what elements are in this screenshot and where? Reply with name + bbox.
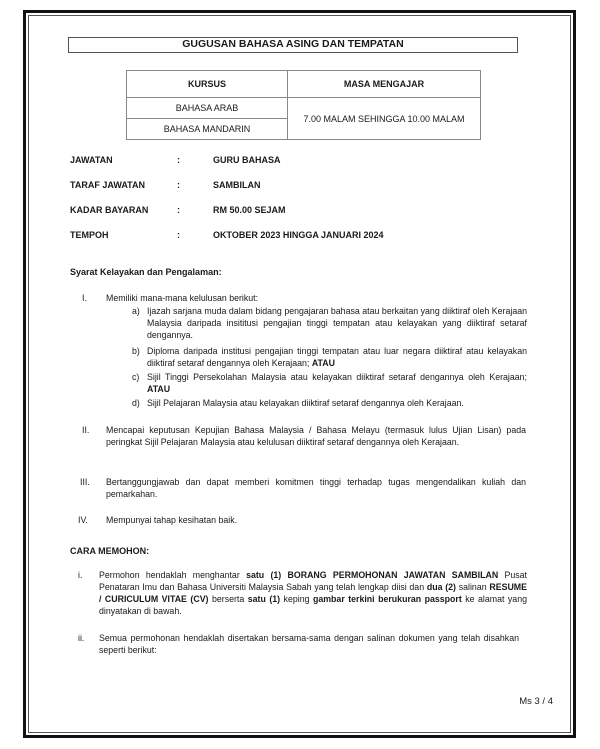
subitem-bold: ATAU (312, 358, 335, 368)
info-sep: : (177, 180, 180, 190)
sublist-letter: a) (132, 305, 140, 317)
info-key: JAWATAN (70, 155, 113, 165)
page-number: Ms 3 / 4 (519, 696, 553, 707)
list-number: II. (82, 424, 89, 436)
info-sep: : (177, 155, 180, 165)
bold-text: gambar terkini berukuran passport (313, 594, 462, 604)
syarat-subitem-d: Sijil Pelajaran Malaysia atau kelayakan … (147, 397, 537, 409)
header-masa-mengajar: MASA MENGAJAR (288, 71, 481, 98)
course-cell: BAHASA ARAB (127, 98, 288, 119)
section-title: GUGUSAN BAHASA ASING DAN TEMPATAN (68, 37, 518, 53)
sublist-letter: b) (132, 345, 140, 357)
list-number: i. (78, 569, 82, 581)
text-run: Permohon hendaklah menghantar (99, 570, 246, 580)
info-value: GURU BAHASA (213, 155, 281, 165)
syarat-heading: Syarat Kelayakan dan Pengalaman: (70, 267, 222, 277)
course-cell: BAHASA MANDARIN (127, 119, 288, 140)
bold-text: dua (2) (427, 582, 456, 592)
cara-item-1: Permohon hendaklah menghantar satu (1) B… (99, 569, 527, 617)
info-value: OKTOBER 2023 HINGGA JANUARI 2024 (213, 230, 384, 240)
info-value: RM 50.00 SEJAM (213, 205, 286, 215)
info-key: TARAF JAWATAN (70, 180, 145, 190)
list-number: III. (80, 476, 90, 488)
table-row: BAHASA ARAB 7.00 MALAM SEHINGGA 10.00 MA… (127, 98, 481, 119)
info-value: SAMBILAN (213, 180, 261, 190)
syarat-item-3: Bertanggungjawab dan dapat memberi komit… (106, 476, 526, 500)
cara-memohon-heading: CARA MEMOHON: (70, 546, 149, 556)
sublist-letter: d) (132, 397, 140, 409)
list-number: I. (82, 292, 87, 304)
syarat-item-2: Mencapai keputusan Kepujian Bahasa Malay… (106, 424, 526, 448)
syarat-subitem-b: Diploma daripada institusi pengajian tin… (147, 345, 527, 369)
text-run: berserta (209, 594, 248, 604)
info-key: TEMPOH (70, 230, 109, 240)
syarat-subitem-a: Ijazah sarjana muda dalam bidang pengaja… (147, 305, 527, 341)
header-kursus: KURSUS (127, 71, 288, 98)
text-run: salinan (456, 582, 489, 592)
list-number: ii. (78, 632, 84, 644)
info-sep: : (177, 230, 180, 240)
bold-text: satu (1) (248, 594, 280, 604)
bold-text: satu (1) BORANG PERMOHONAN JAWATAN SAMBI… (246, 570, 498, 580)
subitem-text: Sijil Tinggi Persekolahan Malaysia atau … (147, 372, 527, 382)
subitem-bold: ATAU (147, 384, 170, 394)
syarat-subitem-c: Sijil Tinggi Persekolahan Malaysia atau … (147, 371, 527, 395)
sublist-letter: c) (132, 371, 139, 383)
info-sep: : (177, 205, 180, 215)
table-header-row: KURSUS MASA MENGAJAR (127, 71, 481, 98)
text-run: keping (280, 594, 313, 604)
cara-item-2: Semua permohonan hendaklah disertakan be… (99, 632, 519, 656)
info-key: KADAR BAYARAN (70, 205, 148, 215)
syarat-item-1: Memiliki mana-mana kelulusan berikut: (106, 292, 526, 304)
syarat-item-4: Mempunyai tahap kesihatan baik. (106, 514, 526, 526)
list-number: IV. (78, 514, 88, 526)
time-cell: 7.00 MALAM SEHINGGA 10.00 MALAM (288, 98, 481, 140)
course-table: KURSUS MASA MENGAJAR BAHASA ARAB 7.00 MA… (126, 70, 481, 140)
subitem-text: Diploma daripada institusi pengajian tin… (147, 346, 527, 368)
